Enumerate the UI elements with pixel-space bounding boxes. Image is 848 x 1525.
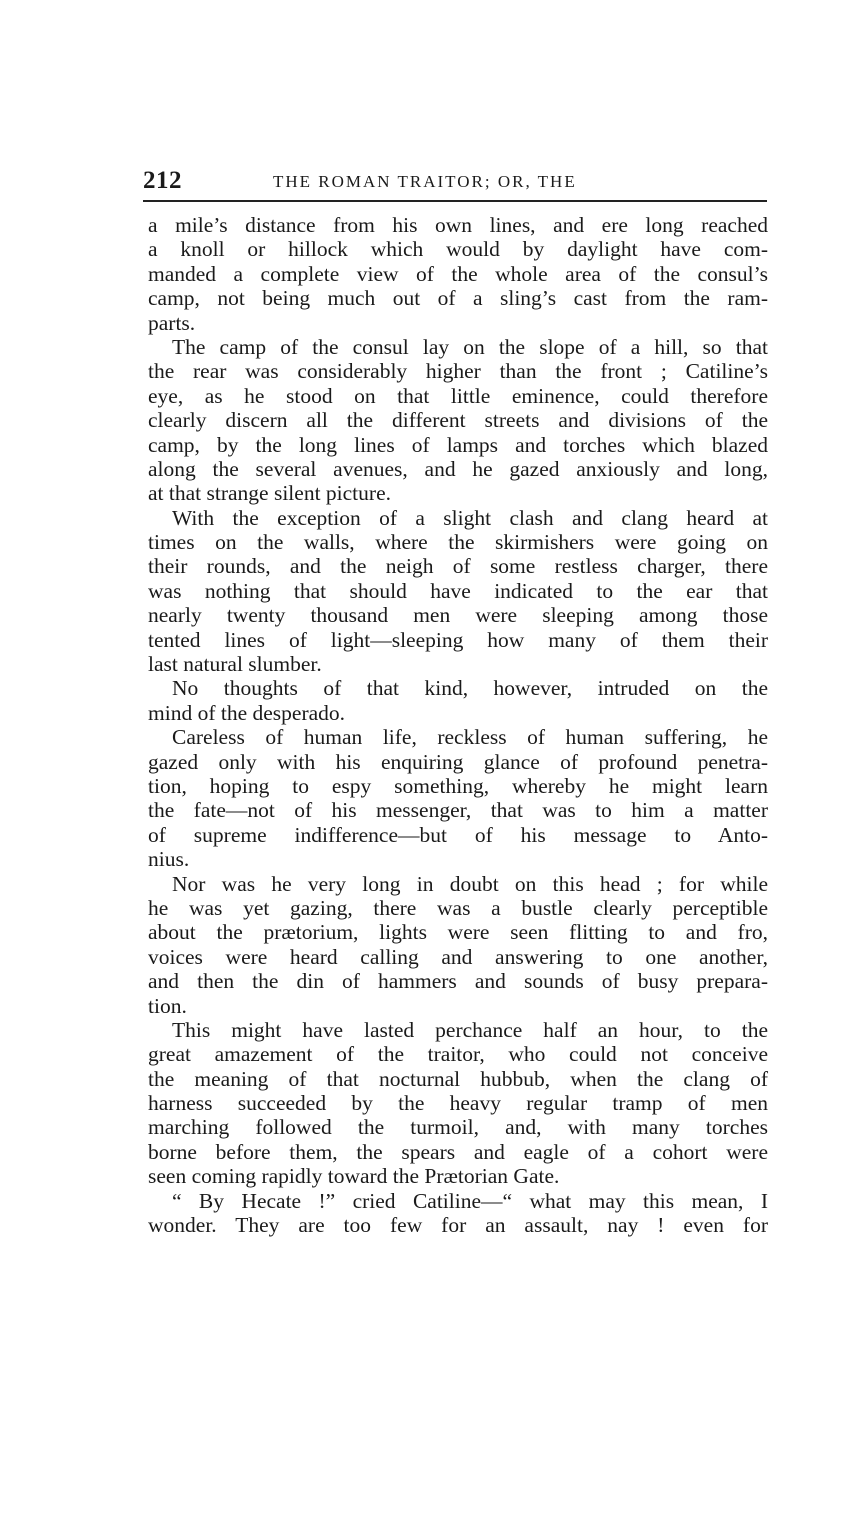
text-line: This might have lasted perchance half an… xyxy=(148,1018,768,1042)
text-line: tion, hoping to espy something, whereby … xyxy=(148,774,768,798)
text-line: the rear was considerably higher than th… xyxy=(148,359,768,383)
text-line: a mile’s distance from his own lines, an… xyxy=(148,213,768,237)
text-line: mind of the desperado. xyxy=(148,701,768,725)
book-page: 212 THE ROMAN TRAITOR; OR, THE a mile’s … xyxy=(0,0,848,1525)
text-line: last natural slumber. xyxy=(148,652,768,676)
text-line: voices were heard calling and answering … xyxy=(148,945,768,969)
page-number: 212 xyxy=(143,166,182,196)
text-line: tion. xyxy=(148,994,768,1018)
text-line: their rounds, and the neigh of some rest… xyxy=(148,554,768,578)
text-line: times on the walls, where the skirmisher… xyxy=(148,530,768,554)
text-line: eye, as he stood on that little eminence… xyxy=(148,384,768,408)
text-line: Careless of human life, reckless of huma… xyxy=(148,725,768,749)
text-line: marching followed the turmoil, and, with… xyxy=(148,1115,768,1139)
text-line: a knoll or hillock which would by daylig… xyxy=(148,237,768,261)
text-line: camp, by the long lines of lamps and tor… xyxy=(148,433,768,457)
text-line: nius. xyxy=(148,847,768,871)
text-line: gazed only with his enquiring glance of … xyxy=(148,750,768,774)
text-line: harness succeeded by the heavy regular t… xyxy=(148,1091,768,1115)
text-line: With the exception of a slight clash and… xyxy=(148,506,768,530)
text-line: the meaning of that nocturnal hubbub, wh… xyxy=(148,1067,768,1091)
header-rule xyxy=(143,200,767,202)
text-line: The camp of the consul lay on the slope … xyxy=(148,335,768,359)
text-line: “ By Hecate !” cried Catiline—“ what may… xyxy=(148,1189,768,1213)
text-line: he was yet gazing, there was a bustle cl… xyxy=(148,896,768,920)
text-line: and then the din of hammers and sounds o… xyxy=(148,969,768,993)
page-header: 212 THE ROMAN TRAITOR; OR, THE xyxy=(143,166,767,196)
text-line: parts. xyxy=(148,311,768,335)
text-line: No thoughts of that kind, however, intru… xyxy=(148,676,768,700)
text-line: seen coming rapidly toward the Prætorian… xyxy=(148,1164,768,1188)
text-line: nearly twenty thousand men were sleeping… xyxy=(148,603,768,627)
text-line: at that strange silent picture. xyxy=(148,481,768,505)
text-line: Nor was he very long in doubt on this he… xyxy=(148,872,768,896)
text-line: wonder. They are too few for an assault,… xyxy=(148,1213,768,1237)
text-line: the fate—not of his messenger, that was … xyxy=(148,798,768,822)
text-line: along the several avenues, and he gazed … xyxy=(148,457,768,481)
text-line: about the prætorium, lights were seen fl… xyxy=(148,920,768,944)
text-line: camp, not being much out of a sling’s ca… xyxy=(148,286,768,310)
text-line: tented lines of light—sleeping how many … xyxy=(148,628,768,652)
text-line: was nothing that should have indicated t… xyxy=(148,579,768,603)
body-text: a mile’s distance from his own lines, an… xyxy=(148,213,768,1237)
text-line: manded a complete view of the whole area… xyxy=(148,262,768,286)
text-line: borne before them, the spears and eagle … xyxy=(148,1140,768,1164)
running-head: THE ROMAN TRAITOR; OR, THE xyxy=(273,170,577,194)
text-line: clearly discern all the different street… xyxy=(148,408,768,432)
text-line: great amazement of the traitor, who coul… xyxy=(148,1042,768,1066)
text-line: of supreme indifference—but of his messa… xyxy=(148,823,768,847)
